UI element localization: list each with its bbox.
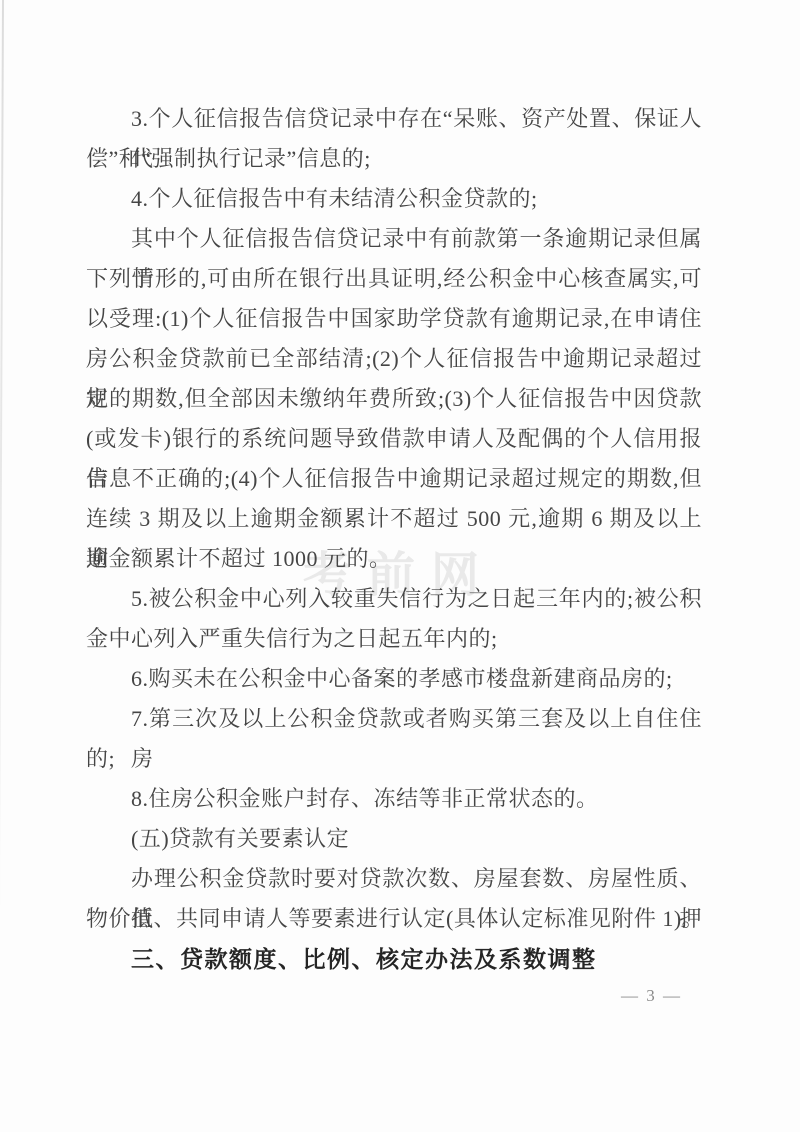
document-line: 房公积金贷款前已全部结清;(2)个人征信报告中逾期记录超过规 bbox=[86, 339, 702, 379]
document-line: 4.个人征信报告中有未结清公积金贷款的; bbox=[86, 179, 702, 219]
document-line: 偿”和“强制执行记录”信息的; bbox=[86, 139, 702, 179]
document-line: 7.第三次及以上公积金贷款或者购买第三套及以上自住住房 bbox=[86, 699, 702, 739]
page-number: — 3 — bbox=[621, 986, 682, 1006]
document-line: 定的期数,但全部因未缴纳年费所致;(3)个人征信报告中因贷款 bbox=[86, 379, 702, 419]
document-line: 信息不正确的;(4)个人征信报告中逾期记录超过规定的期数,但 bbox=[86, 459, 702, 499]
document-body: 3.个人征信报告信贷记录中存在“呆账、资产处置、保证人代偿”和“强制执行记录”信… bbox=[86, 99, 702, 979]
document-line: 6.购买未在公积金中心备案的孝感市楼盘新建商品房的; bbox=[86, 659, 702, 699]
document-line: 8.住房公积金账户封存、冻结等非正常状态的。 bbox=[86, 779, 702, 819]
scanned-document-page: 考前网 3.个人征信报告信贷记录中存在“呆账、资产处置、保证人代偿”和“强制执行… bbox=[0, 0, 800, 1132]
document-line: 办理公积金贷款时要对贷款次数、房屋套数、房屋性质、抵押 bbox=[86, 859, 702, 899]
document-line: 以受理:(1)个人征信报告中国家助学贷款有逾期记录,在申请住 bbox=[86, 299, 702, 339]
document-line: 连续 3 期及以上逾期金额累计不超过 500 元,逾期 6 期及以上逾 bbox=[86, 499, 702, 539]
document-line: 3.个人征信报告信贷记录中存在“呆账、资产处置、保证人代 bbox=[86, 99, 702, 139]
document-line: 5.被公积金中心列入较重失信行为之日起三年内的;被公积 bbox=[86, 579, 702, 619]
document-line: 的; bbox=[86, 739, 702, 779]
document-line: 期金额累计不超过 1000 元的。 bbox=[86, 539, 702, 579]
document-line: (或发卡)银行的系统问题导致借款申请人及配偶的个人信用报告 bbox=[86, 419, 702, 459]
document-line: 金中心列入严重失信行为之日起五年内的; bbox=[86, 619, 702, 659]
document-line: 下列情形的,可由所在银行出具证明,经公积金中心核查属实,可 bbox=[86, 259, 702, 299]
document-line: 其中个人征信报告信贷记录中有前款第一条逾期记录但属于 bbox=[86, 219, 702, 259]
scan-edge-artifact bbox=[0, 0, 4, 1010]
document-line: 物价值、共同申请人等要素进行认定(具体认定标准见附件 1)。 bbox=[86, 899, 702, 939]
section-heading: 三、贷款额度、比例、核定办法及系数调整 bbox=[86, 939, 702, 979]
document-line: (五)贷款有关要素认定 bbox=[86, 819, 702, 859]
